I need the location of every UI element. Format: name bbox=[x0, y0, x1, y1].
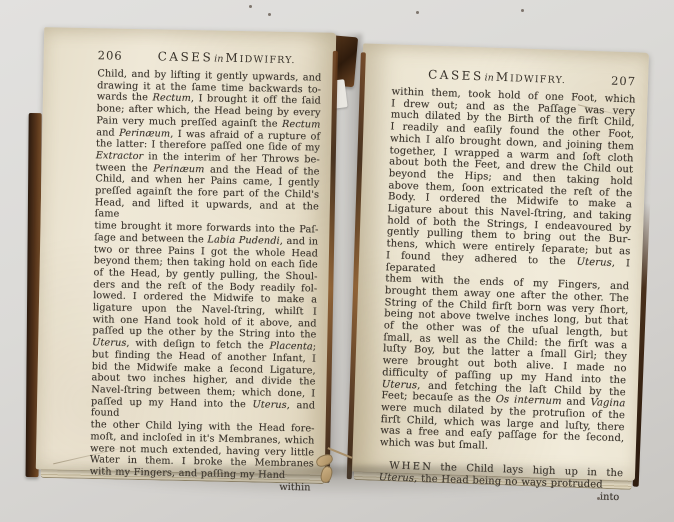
running-title-caps: CASES bbox=[428, 68, 484, 84]
running-title-word: MIDWIFRY. bbox=[496, 70, 567, 86]
running-title: CASESinMIDWIFRY. bbox=[132, 45, 322, 68]
page-number: 206 bbox=[98, 48, 132, 63]
running-title-word: MIDWIFRY. bbox=[225, 51, 296, 66]
running-title-in: in bbox=[484, 72, 494, 83]
body-text: Child, and by lifting it gently upwards,… bbox=[90, 68, 322, 482]
left-page-block: 206 CASESinMIDWIFRY. Child, and by lifti… bbox=[36, 27, 336, 475]
right-page-block: CASESinMIDWIFRY. 207 within them, took h… bbox=[349, 43, 649, 480]
photo-background: 206 CASESinMIDWIFRY. Child, and by lifti… bbox=[0, 0, 674, 522]
body-text: within them, took hold of one Foot, whic… bbox=[379, 86, 636, 492]
running-title-caps: CASES bbox=[158, 49, 214, 64]
page-header: 206 CASESinMIDWIFRY. bbox=[98, 44, 322, 67]
dust-speck bbox=[416, 11, 419, 14]
page-number: 207 bbox=[602, 73, 636, 88]
dust-speck bbox=[268, 13, 271, 16]
book-shadow bbox=[46, 466, 640, 496]
running-title-in: in bbox=[214, 54, 223, 65]
dust-speck bbox=[249, 5, 252, 8]
dust-speck bbox=[521, 9, 524, 12]
